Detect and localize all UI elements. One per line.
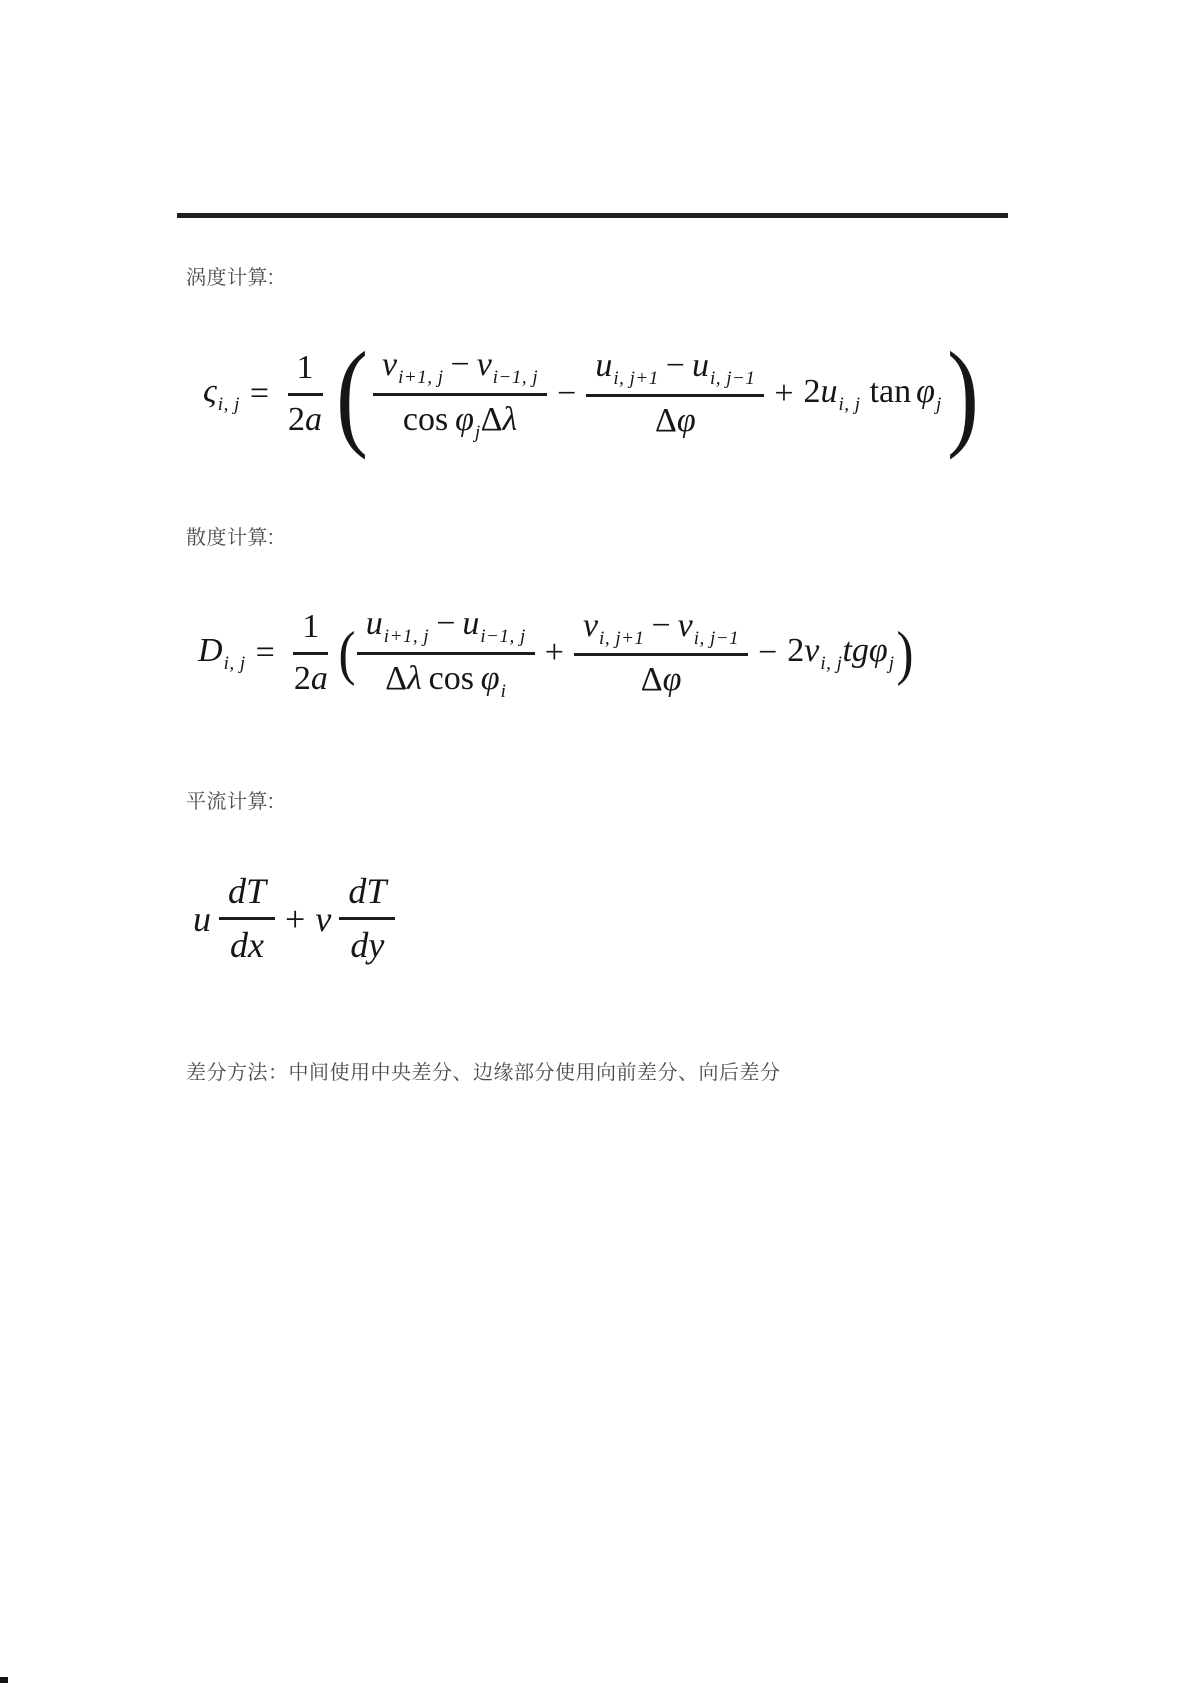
vorticity-symbol: ς bbox=[203, 373, 217, 410]
u-minus: u bbox=[462, 605, 479, 642]
minus-sign: − bbox=[451, 346, 470, 383]
du-numerator: ui+1, j−ui−1, j bbox=[357, 600, 535, 655]
vorticity-lhs: ςi, j bbox=[203, 373, 240, 416]
u-plus: u bbox=[366, 605, 383, 642]
cos-function: cos bbox=[403, 401, 448, 438]
u-plus-subscript: i+1, j bbox=[384, 626, 429, 647]
dx-denominator: dx bbox=[221, 920, 273, 971]
dT-dx-fraction: dT dx bbox=[219, 866, 275, 971]
delta-symbol: Δ bbox=[385, 660, 407, 697]
advection-section-heading: 平流计算: bbox=[186, 788, 274, 816]
v-minus-subscript: i, j−1 bbox=[694, 628, 739, 649]
curvature-term: 2ui, jtanφj bbox=[804, 373, 942, 416]
phi-variable: φ bbox=[869, 632, 888, 669]
plus-operator: + bbox=[285, 898, 305, 940]
du-dlambda-fraction: ui+1, j−ui−1, j Δλ cos φi bbox=[357, 600, 535, 707]
dv-dphi-fraction: vi, j+1−vi, j−1 Δφ bbox=[574, 602, 748, 705]
document-page: 涡度计算: ςi, j = 1 2a ( vi+1, j−vi−1, j cos… bbox=[0, 0, 1192, 1685]
tg-function: tg bbox=[842, 632, 868, 669]
plus-operator: + bbox=[774, 375, 793, 413]
u-plus: u bbox=[595, 347, 612, 384]
equals-sign: = bbox=[256, 634, 275, 672]
dlambda-cos-phi-denominator: Δλ cos φi bbox=[376, 655, 515, 707]
page-corner-artifact bbox=[0, 1677, 8, 1683]
u-variable: u bbox=[193, 898, 211, 940]
vorticity-section-heading: 涡度计算: bbox=[186, 264, 274, 292]
dphi-denominator: Δφ bbox=[632, 656, 691, 705]
dT-numerator: dT bbox=[219, 866, 275, 920]
u-variable: u bbox=[821, 373, 838, 410]
u-minus: u bbox=[692, 347, 709, 384]
coefficient-numerator: 1 bbox=[293, 603, 328, 655]
dv-numerator: vi+1, j−vi−1, j bbox=[373, 341, 547, 396]
phi-variable: φ bbox=[481, 660, 500, 697]
coefficient-denominator: 2a bbox=[279, 396, 331, 445]
tan-function: tan bbox=[870, 373, 912, 410]
lambda-variable: λ bbox=[503, 401, 518, 438]
top-horizontal-rule bbox=[177, 213, 1008, 218]
dy-denominator: dy bbox=[341, 920, 393, 971]
u-subscript: i, j bbox=[839, 394, 861, 415]
v-plus: v bbox=[583, 607, 598, 644]
v-minus: v bbox=[477, 346, 492, 383]
minus-sign: − bbox=[666, 347, 685, 384]
dv-dlambda-fraction: vi+1, j−vi−1, j cos φjΔλ bbox=[373, 341, 547, 448]
coefficient-a: a bbox=[305, 401, 322, 438]
phi-subscript: j bbox=[936, 394, 942, 415]
delta-symbol: Δ bbox=[641, 661, 663, 698]
divergence-symbol-subscript: i, j bbox=[224, 653, 246, 674]
cos-phi-dlambda-denominator: cos φjΔλ bbox=[394, 396, 526, 448]
u-minus-subscript: i−1, j bbox=[480, 626, 525, 647]
equals-sign: = bbox=[250, 375, 269, 413]
coefficient-numerator: 1 bbox=[288, 344, 323, 396]
phi-variable: φ bbox=[455, 401, 474, 438]
v-plus-subscript: i+1, j bbox=[398, 367, 443, 388]
v-plus-subscript: i, j+1 bbox=[599, 628, 644, 649]
vorticity-symbol-subscript: i, j bbox=[218, 394, 240, 415]
left-parenthesis: ( bbox=[336, 334, 368, 454]
coefficient-denominator: 2a bbox=[285, 655, 337, 704]
phi-subscript: j bbox=[889, 653, 895, 674]
u-minus-subscript: i, j−1 bbox=[710, 368, 755, 389]
left-parenthesis: ( bbox=[338, 623, 355, 683]
phi-variable: φ bbox=[663, 661, 682, 698]
v-variable: v bbox=[804, 632, 819, 669]
coefficient-two: 2 bbox=[294, 660, 311, 697]
half-radius-coefficient: 1 2a bbox=[285, 603, 337, 703]
minus-sign: − bbox=[436, 605, 455, 642]
v-plus: v bbox=[382, 346, 397, 383]
divergence-symbol: D bbox=[198, 632, 223, 669]
delta-symbol: Δ bbox=[655, 402, 677, 439]
right-parenthesis: ) bbox=[896, 623, 913, 683]
v-variable: v bbox=[315, 898, 331, 940]
coefficient-a: a bbox=[311, 660, 328, 697]
vorticity-formula: ςi, j = 1 2a ( vi+1, j−vi−1, j cos φjΔλ … bbox=[203, 334, 984, 454]
dT-numerator: dT bbox=[339, 866, 395, 920]
half-radius-coefficient: 1 2a bbox=[279, 344, 331, 444]
divergence-section-heading: 散度计算: bbox=[186, 524, 274, 552]
phi-subscript: i bbox=[501, 681, 507, 702]
dphi-denominator: Δφ bbox=[646, 397, 705, 446]
divergence-lhs: Di, j bbox=[198, 632, 246, 675]
coefficient-two: 2 bbox=[804, 373, 821, 410]
phi-variable: φ bbox=[677, 402, 696, 439]
curvature-term: 2vi, jtgφj bbox=[787, 632, 894, 675]
cos-function: cos bbox=[429, 660, 474, 697]
phi-variable: φ bbox=[916, 373, 935, 410]
v-subscript: i, j bbox=[820, 653, 842, 674]
dT-dy-fraction: dT dy bbox=[339, 866, 395, 971]
du-numerator: ui, j+1−ui, j−1 bbox=[586, 342, 764, 397]
v-minus: v bbox=[678, 607, 693, 644]
difference-method-note: 差分方法：中间使用中央差分、边缘部分使用向前差分、向后差分 bbox=[186, 1056, 781, 1085]
delta-symbol: Δ bbox=[481, 401, 503, 438]
minus-sign: − bbox=[651, 607, 670, 644]
minus-operator: − bbox=[557, 375, 576, 413]
lambda-variable: λ bbox=[407, 660, 422, 697]
advection-formula: u dT dx + v dT dy bbox=[193, 866, 395, 971]
coefficient-two: 2 bbox=[787, 632, 804, 669]
du-dphi-fraction: ui, j+1−ui, j−1 Δφ bbox=[586, 342, 764, 445]
right-parenthesis: ) bbox=[947, 334, 979, 454]
minus-operator: − bbox=[758, 634, 777, 672]
dv-numerator: vi, j+1−vi, j−1 bbox=[574, 602, 748, 657]
plus-operator: + bbox=[545, 634, 564, 672]
u-plus-subscript: i, j+1 bbox=[613, 368, 658, 389]
coefficient-two: 2 bbox=[288, 401, 305, 438]
v-minus-subscript: i−1, j bbox=[493, 367, 538, 388]
divergence-formula: Di, j = 1 2a ( ui+1, j−ui−1, j Δλ cos φi… bbox=[198, 600, 914, 707]
